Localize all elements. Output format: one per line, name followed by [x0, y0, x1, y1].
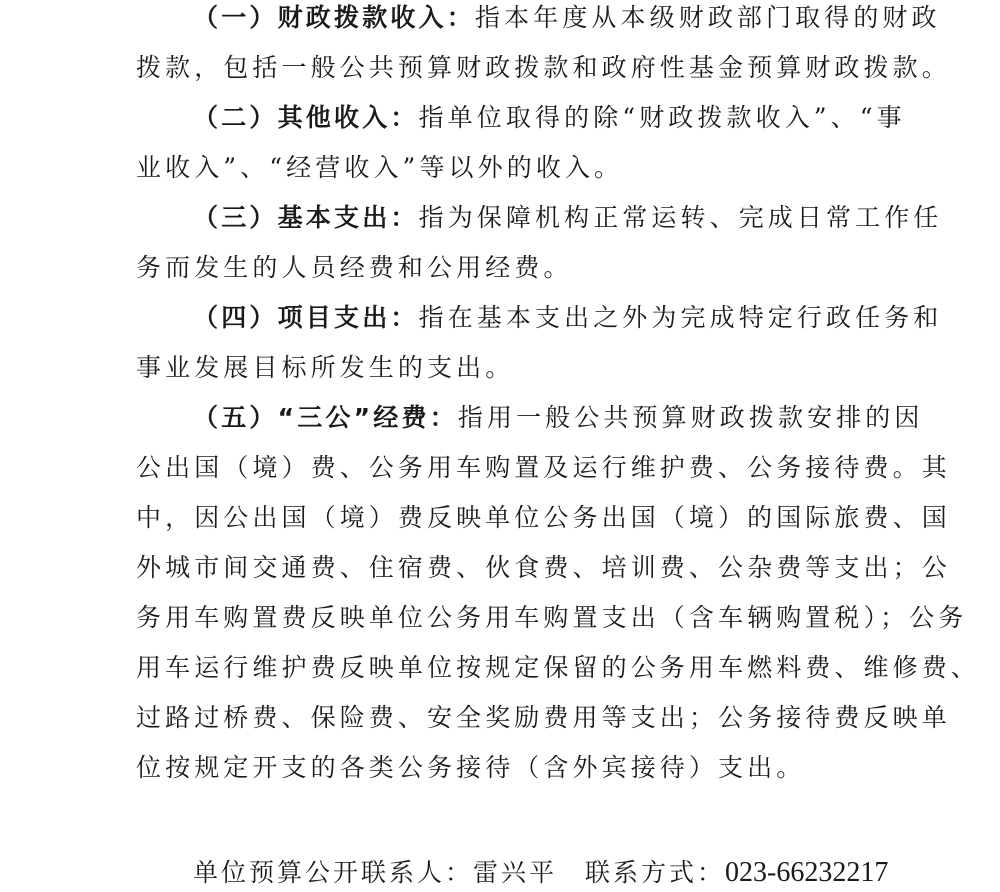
section-2-line-2: 业收入”、“经营收入”等以外的收入。 [136, 153, 623, 183]
section-1-text: 指本年度从本级财政部门取得的财政 [475, 3, 941, 32]
section-3-line-2: 务而发生的人员经费和公用经费。 [136, 253, 573, 283]
phone-number: 023-66232217 [725, 857, 888, 888]
section-4-line-2: 事业发展目标所发生的支出。 [136, 353, 514, 383]
section-2-line-1: （二）其他收入：指单位取得的除“财政拨款收入”、“事 [193, 103, 906, 133]
section-5-line-1: （五）“三公”经费：指用一般公共预算财政拨款安排的因 [193, 403, 923, 433]
section-3-line-1: （三）基本支出：指为保障机构正常运转、完成日常工作任 [193, 203, 942, 233]
section-4-line-1: （四）项目支出：指在基本支出之外为完成特定行政任务和 [193, 303, 942, 333]
section-5-line-6: 用车运行维护费反映单位按规定保留的公务用车燃料费、维修费、 [136, 653, 980, 683]
contact-name: 雷兴平 [473, 858, 557, 887]
section-5-term: （五）“三公”经费： [193, 403, 458, 432]
section-3-term: （三）基本支出： [193, 203, 419, 232]
contact-label: 单位预算公开联系人： [193, 858, 473, 887]
contact-footer: 单位预算公开联系人：雷兴平联系方式：023-66232217 [193, 858, 888, 888]
section-5-line-4: 外城市间交通费、住宿费、伙食费、培训费、公杂费等支出；公 [136, 553, 951, 583]
section-2-term: （二）其他收入： [193, 103, 419, 132]
section-5-line-2: 公出国（境）费、公务用车购置及运行维护费、公务接待费。其 [136, 453, 951, 483]
section-5-text: 指用一般公共预算财政拨款安排的因 [458, 403, 924, 432]
phone-label: 联系方式： [585, 858, 725, 887]
section-4-text: 指在基本支出之外为完成特定行政任务和 [419, 303, 943, 332]
section-1-line-2: 拨款，包括一般公共预算财政拨款和政府性基金预算财政拨款。 [136, 53, 951, 83]
section-1-line-1: （一）财政拨款收入：指本年度从本级财政部门取得的财政 [193, 3, 941, 33]
section-5-line-5: 务用车购置费反映单位公务用车购置支出（含车辆购置税）；公务 [136, 603, 967, 633]
section-5-line-8: 位按规定开支的各类公务接待（含外宾接待）支出。 [136, 753, 805, 783]
section-3-text: 指为保障机构正常运转、完成日常工作任 [419, 203, 943, 232]
section-5-line-7: 过路过桥费、保险费、安全奖励费用等支出；公务接待费反映单 [136, 703, 951, 733]
section-1-term: （一）财政拨款收入： [193, 3, 475, 32]
section-4-term: （四）项目支出： [193, 303, 419, 332]
section-2-text: 指单位取得的除“财政拨款收入”、“事 [419, 103, 906, 132]
section-5-line-3: 中，因公出国（境）费反映单位公务出国（境）的国际旅费、国 [136, 503, 951, 533]
